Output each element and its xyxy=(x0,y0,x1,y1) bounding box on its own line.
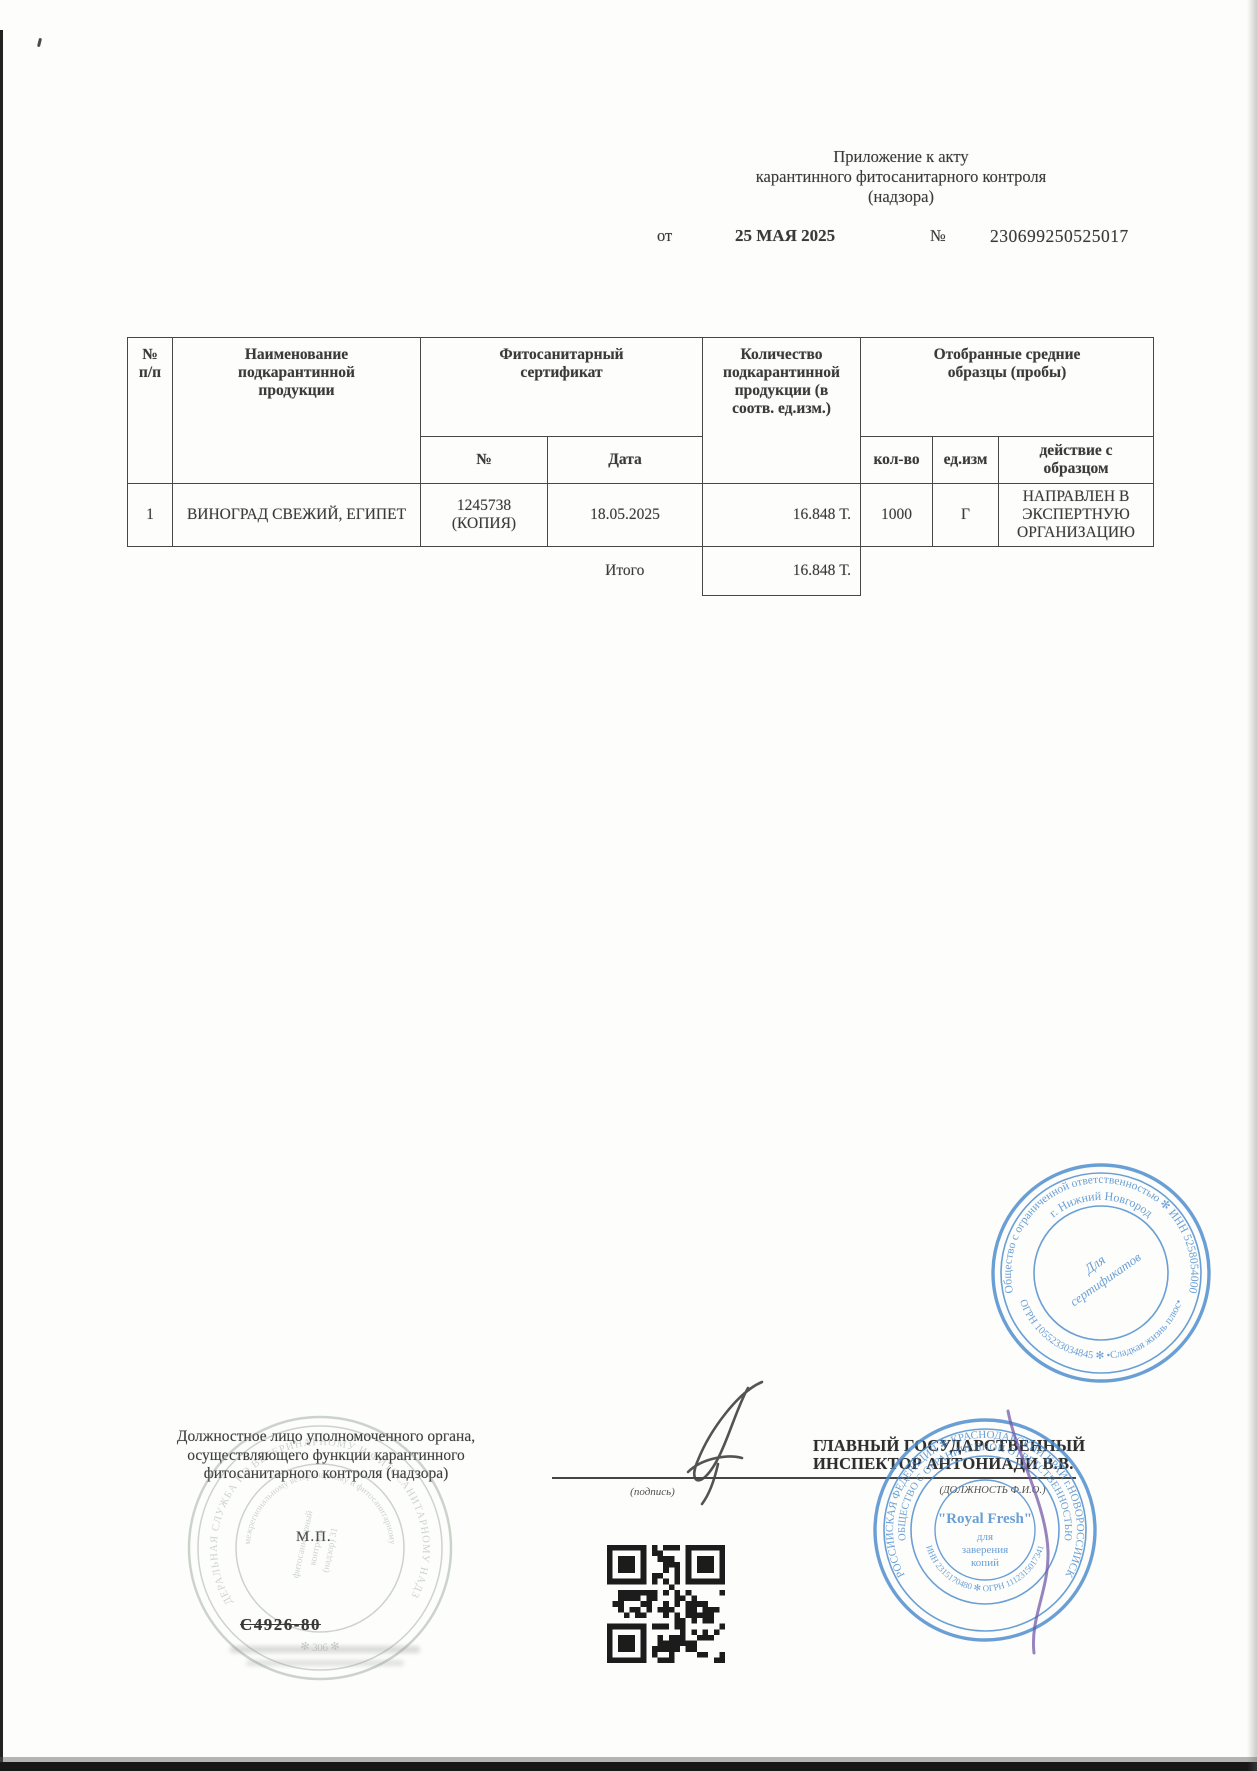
scan-edge-right xyxy=(1247,0,1257,1771)
cell-sample-unit: Г xyxy=(933,484,999,547)
code-c4926: С4926-80 xyxy=(240,1615,321,1635)
appendix-title: Приложение к акту карантинного фитосанит… xyxy=(715,147,1087,207)
col-header-sample-qty: кол-во xyxy=(861,437,933,484)
faint-text-smudge xyxy=(230,1646,420,1653)
col-header-cert: Фитосанитарный сертификат xyxy=(421,338,703,437)
round-stamp-rosselkhoznadzor: ФЕДЕРАЛЬНАЯ СЛУЖБА ПО ВЕТЕРИНАРНОМУ И ФИ… xyxy=(185,1413,455,1683)
act-number: 230699250525017 xyxy=(990,226,1129,247)
appendix-title-line3: (надзора) xyxy=(715,187,1087,207)
cell-num: 1 xyxy=(128,484,173,547)
blue-top-stamp-bottom-ring-text: ОГРН 1055233034845 ✻ •Сладкая жизнь плюс… xyxy=(1017,1298,1185,1362)
col-header-samples: Отобранные средние образцы (пробы) xyxy=(861,338,1154,437)
cell-product: ВИНОГРАД СВЕЖИЙ, ЕГИПЕТ xyxy=(173,484,421,547)
col-header-product: Наименование подкарантинной продукции xyxy=(173,338,421,484)
cell-quantity: 16.848 Т. xyxy=(703,484,861,547)
col-header-num: № п/п xyxy=(128,338,173,484)
podpis-caption: (подпись) xyxy=(600,1486,705,1498)
scan-speck xyxy=(37,38,42,47)
svg-text:ОГРН 1055233034845 ✻ •Сладкая: ОГРН 1055233034845 ✻ •Сладкая жизнь плюс… xyxy=(1017,1298,1185,1362)
col-header-sample-unit: ед.изм xyxy=(933,437,999,484)
scanned-document-page: Приложение к акту карантинного фитосанит… xyxy=(0,0,1257,1771)
qr-code xyxy=(607,1545,725,1663)
pen-stroke xyxy=(990,1405,1070,1660)
number-sign: № xyxy=(930,226,946,246)
cell-sample-action: НАПРАВЛЕН В ЭКСПЕРТНУЮ ОРГАНИЗАЦИЮ xyxy=(999,484,1154,547)
col-header-cert-no: № xyxy=(421,437,548,484)
cell-cert-no: 1245738 (КОПИЯ) xyxy=(421,484,548,547)
col-header-sample-action: действие с образцом xyxy=(999,437,1154,484)
cell-sample-qty: 1000 xyxy=(861,484,933,547)
appendix-title-line2: карантинного фитосанитарного контроля xyxy=(715,167,1087,187)
col-header-quantity: Количество подкарантинной продукции (в с… xyxy=(703,338,861,484)
appendix-title-line1: Приложение к акту xyxy=(715,147,1087,167)
scan-edge-left xyxy=(0,30,3,1771)
date-from-label: от xyxy=(657,226,672,246)
round-stamp-sladkaya-zhizn: Общество с ограниченной ответственностью… xyxy=(985,1157,1217,1389)
blue-top-stamp-center-line2: сертификатов xyxy=(1067,1249,1144,1309)
cell-cert-date: 18.05.2025 xyxy=(548,484,703,547)
act-date: 25 МАЯ 2025 xyxy=(735,226,835,246)
total-label: Итого xyxy=(548,547,703,596)
mp-place-of-seal: М.П. xyxy=(296,1529,332,1546)
total-row: Итого 16.848 Т. xyxy=(128,547,1154,596)
scan-edge-bottom xyxy=(0,1762,1257,1771)
col-header-cert-date: Дата xyxy=(548,437,703,484)
faint-text-smudge xyxy=(246,1660,404,1666)
total-value: 16.848 Т. xyxy=(703,547,861,596)
table-row: 1 ВИНОГРАД СВЕЖИЙ, ЕГИПЕТ 1245738 (КОПИЯ… xyxy=(128,484,1154,547)
products-table: № п/п Наименование подкарантинной продук… xyxy=(127,337,1154,596)
